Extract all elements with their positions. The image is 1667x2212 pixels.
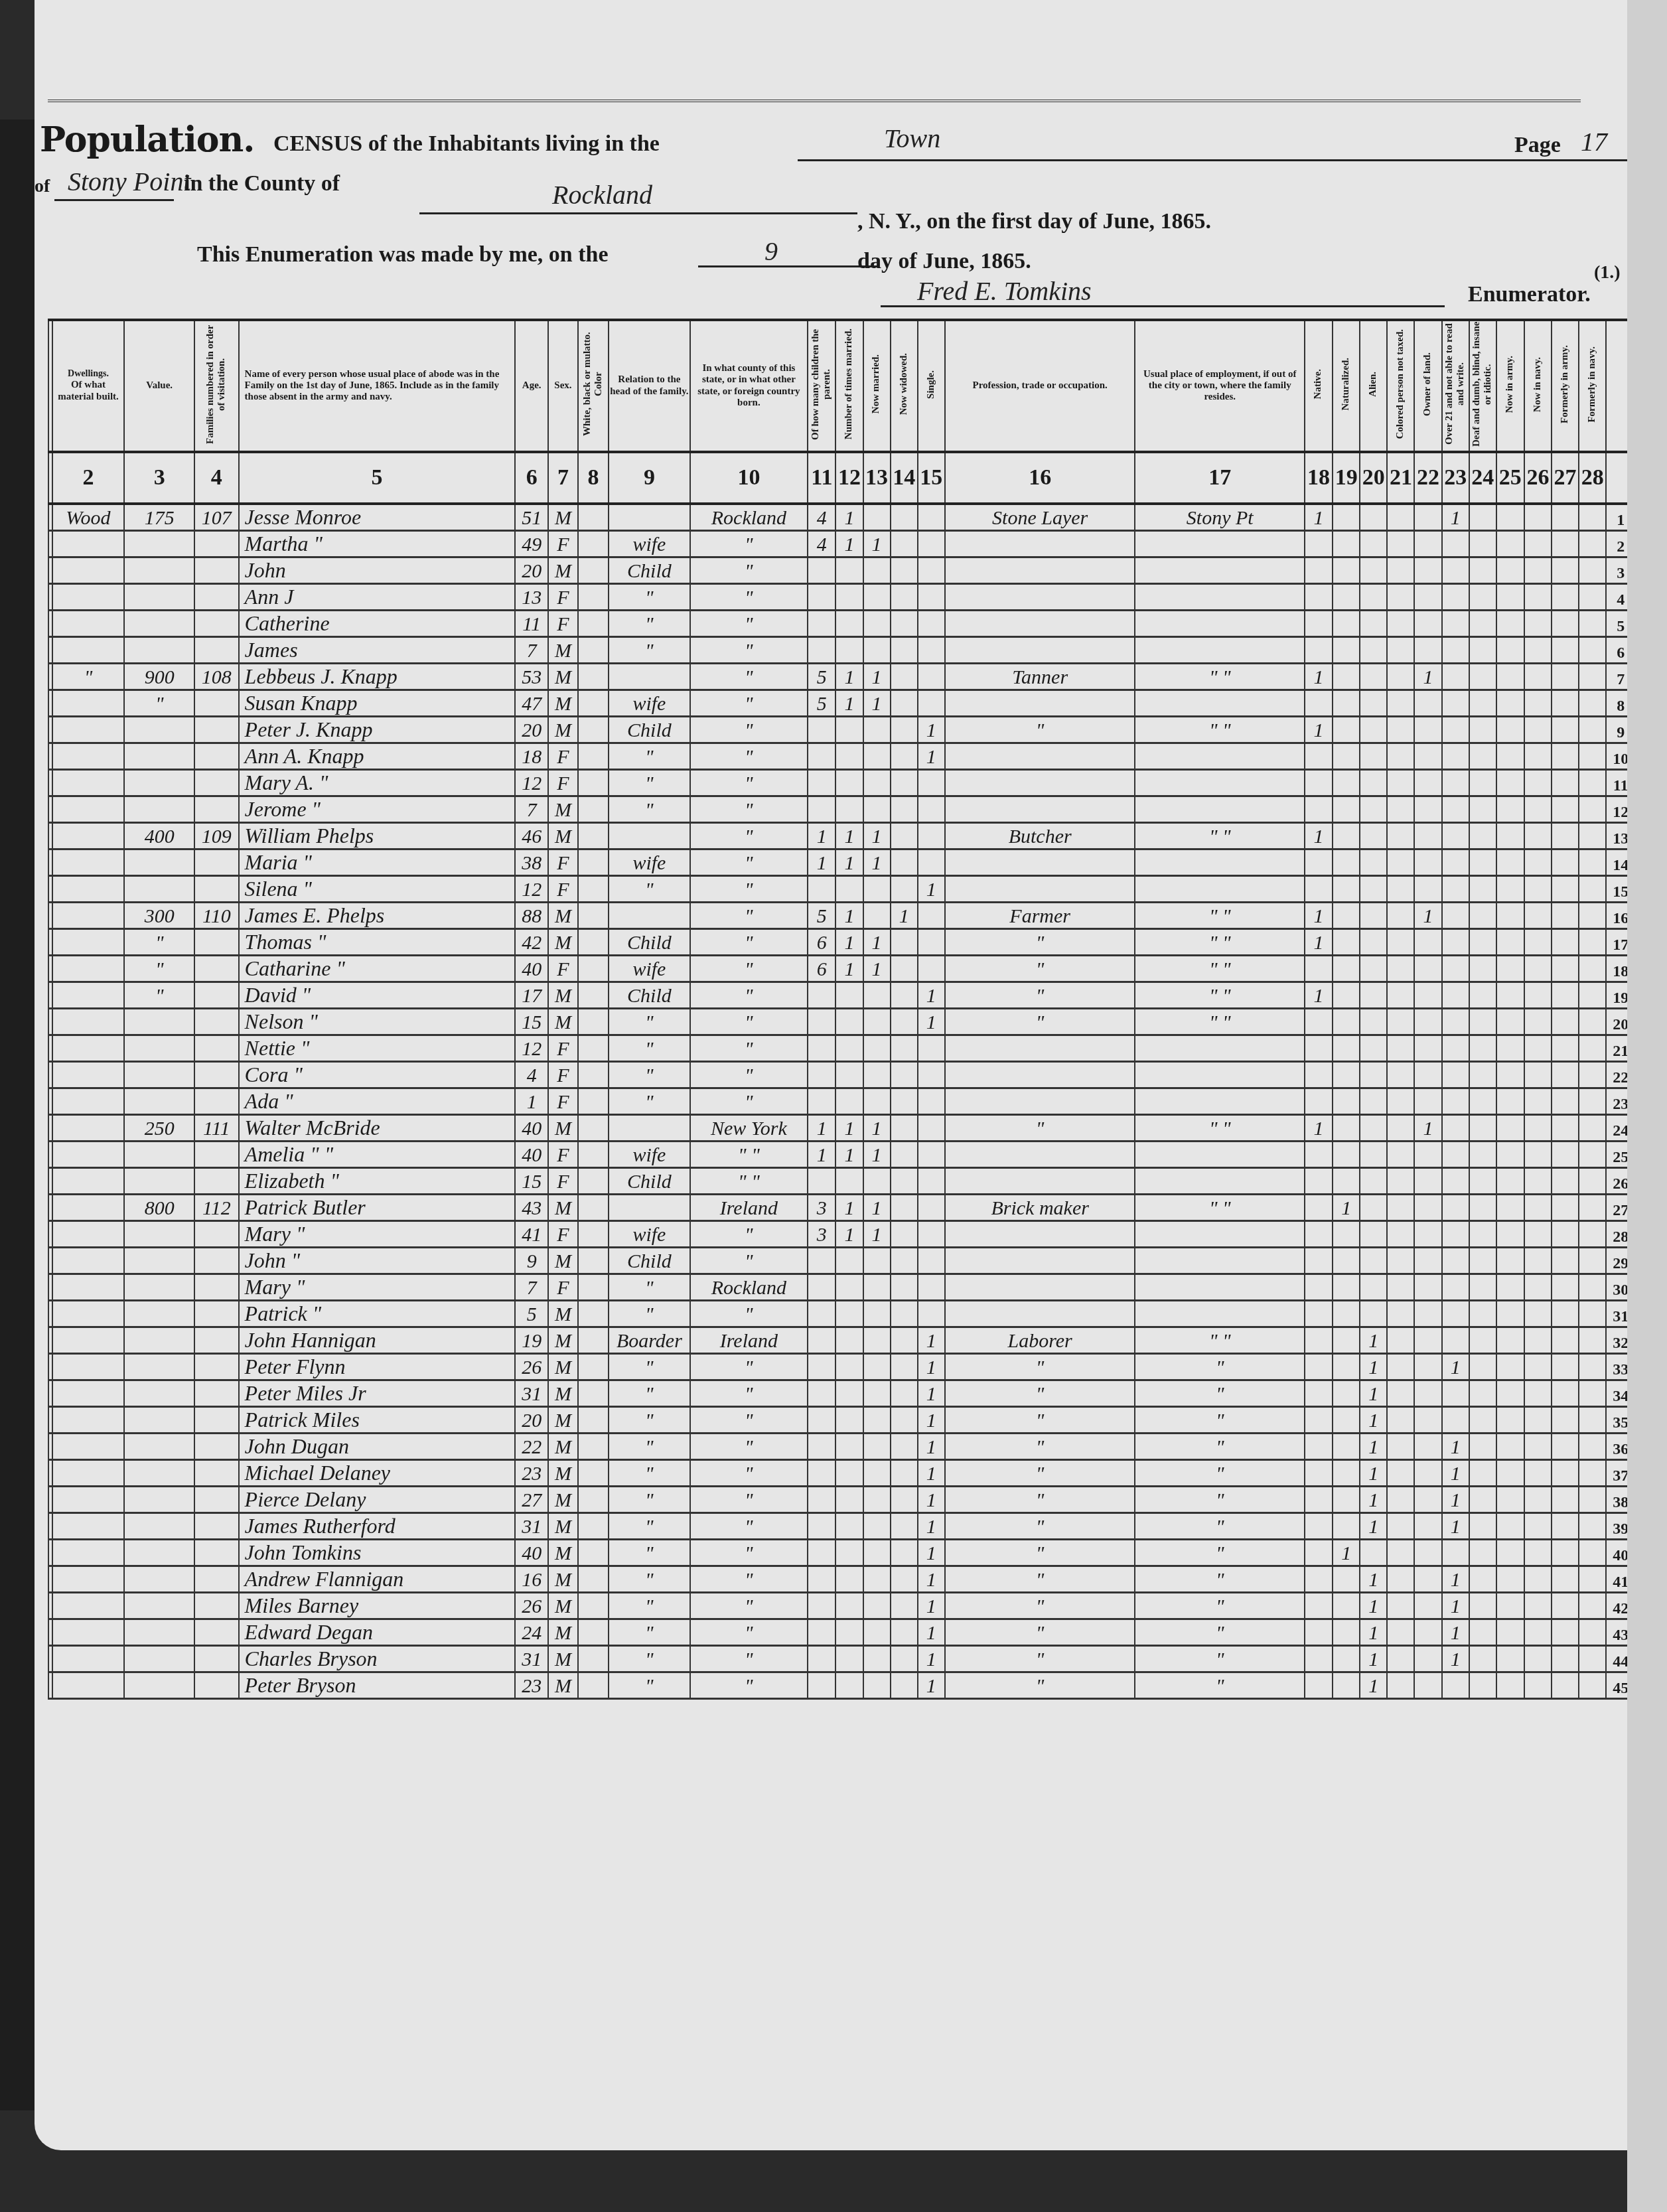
cell-age: 41 bbox=[515, 1221, 548, 1248]
cell-navy bbox=[1524, 823, 1552, 849]
cell-relation: wife bbox=[609, 849, 689, 876]
cell-native: 1 bbox=[1305, 823, 1333, 849]
cell-value bbox=[124, 1619, 194, 1646]
cell-single: 1 bbox=[918, 1540, 945, 1566]
cell-native: 1 bbox=[1305, 903, 1333, 929]
hdr-c9: Relation to the head of the family. bbox=[609, 320, 689, 452]
cell-native bbox=[1305, 1672, 1333, 1699]
cell-naturalized bbox=[1333, 1566, 1360, 1593]
cell-sex: F bbox=[548, 1035, 577, 1062]
cell-illiterate bbox=[1442, 1540, 1469, 1566]
cell-now-married: 1 bbox=[863, 849, 891, 876]
cell-illiterate bbox=[1442, 1221, 1469, 1248]
hdr-c19: Naturalized. bbox=[1333, 320, 1360, 452]
cell-now-married: 1 bbox=[863, 1221, 891, 1248]
cell-native bbox=[1305, 876, 1333, 903]
cell-value bbox=[124, 1009, 194, 1035]
cell-owner bbox=[1414, 531, 1441, 557]
cell-occupation: " bbox=[945, 1460, 1135, 1487]
cell-alien bbox=[1360, 1009, 1387, 1035]
cell-army bbox=[1496, 1142, 1524, 1168]
cell-times-married bbox=[835, 1248, 863, 1274]
cell-occupation: " bbox=[945, 1354, 1135, 1380]
cell-times-married bbox=[835, 1460, 863, 1487]
cell-navy bbox=[1524, 1672, 1552, 1699]
cell-colored bbox=[1387, 1593, 1414, 1619]
cell-now-married bbox=[863, 876, 891, 903]
table-row: "Catharine "40Fwife"611"" "18 bbox=[48, 956, 1636, 982]
table-row: Martha "49Fwife"4112 bbox=[48, 531, 1636, 557]
cell-colored bbox=[1387, 1115, 1414, 1142]
cell-now-married bbox=[863, 1009, 891, 1035]
table-row: Peter J. Knapp20MChild"1"" "19 bbox=[48, 717, 1636, 743]
cell-widowed bbox=[891, 1062, 918, 1088]
cell-family bbox=[194, 1513, 239, 1540]
cell-illiterate bbox=[1442, 1088, 1469, 1115]
cell-colored bbox=[1387, 557, 1414, 584]
cell-navy bbox=[1524, 1460, 1552, 1487]
cell-colored bbox=[1387, 1168, 1414, 1195]
cell-color bbox=[578, 1434, 609, 1460]
cell-naturalized bbox=[1333, 1142, 1360, 1168]
cell-colored bbox=[1387, 531, 1414, 557]
cell-naturalized bbox=[1333, 1460, 1360, 1487]
cell-widowed bbox=[891, 531, 918, 557]
colnum: 12 bbox=[835, 452, 863, 504]
cell-former-army bbox=[1552, 1487, 1579, 1513]
cell-former-navy bbox=[1579, 1009, 1606, 1035]
cell-alien bbox=[1360, 956, 1387, 982]
colnum: 9 bbox=[609, 452, 689, 504]
cell-color bbox=[578, 1221, 609, 1248]
cell-now-married bbox=[863, 1593, 891, 1619]
cell-occupation bbox=[945, 1062, 1135, 1088]
cell-name: John bbox=[239, 557, 516, 584]
cell-former-navy bbox=[1579, 956, 1606, 982]
cell-relation bbox=[609, 664, 689, 690]
cell-owner bbox=[1414, 557, 1441, 584]
cell-age: 46 bbox=[515, 823, 548, 849]
cell-occupation: " bbox=[945, 1593, 1135, 1619]
cell-material bbox=[52, 1009, 125, 1035]
cell-alien bbox=[1360, 849, 1387, 876]
cell-single bbox=[918, 504, 945, 531]
cell-relation: " bbox=[609, 743, 689, 770]
cell-children: 4 bbox=[808, 504, 835, 531]
cell-disabled bbox=[1469, 1460, 1496, 1487]
cell-born: " bbox=[690, 1221, 808, 1248]
hdr-c13: Now married. bbox=[863, 320, 891, 452]
cell-disabled bbox=[1469, 1646, 1496, 1672]
cell-sex: F bbox=[548, 956, 577, 982]
cell-color bbox=[578, 796, 609, 823]
cell-colored bbox=[1387, 1646, 1414, 1672]
cell-army bbox=[1496, 1327, 1524, 1354]
cell-value bbox=[124, 1646, 194, 1672]
cell-army bbox=[1496, 1062, 1524, 1088]
table-row: Jerome "7M""12 bbox=[48, 796, 1636, 823]
cell-relation: " bbox=[609, 1035, 689, 1062]
hdr-c2: Dwellings.Of what material built. bbox=[52, 320, 125, 452]
cell-single bbox=[918, 1195, 945, 1221]
cell-times-married bbox=[835, 1354, 863, 1380]
cell-born: " bbox=[690, 1248, 808, 1274]
cell-employment: " " bbox=[1135, 1115, 1305, 1142]
cell-family bbox=[194, 1672, 239, 1699]
cell-name: David " bbox=[239, 982, 516, 1009]
cell-alien bbox=[1360, 1035, 1387, 1062]
cell-sex: F bbox=[548, 1274, 577, 1301]
cell-color bbox=[578, 1593, 609, 1619]
cell-illiterate: 1 bbox=[1442, 1593, 1469, 1619]
cell-age: 40 bbox=[515, 1142, 548, 1168]
cell-material bbox=[52, 1407, 125, 1434]
cell-occupation: Butcher bbox=[945, 823, 1135, 849]
cell-color bbox=[578, 1168, 609, 1195]
cell-name: Thomas " bbox=[239, 929, 516, 956]
cell-army bbox=[1496, 1434, 1524, 1460]
colnum: 19 bbox=[1333, 452, 1360, 504]
cell-colored bbox=[1387, 1460, 1414, 1487]
cell-material bbox=[52, 1274, 125, 1301]
cell-now-married: 1 bbox=[863, 1115, 891, 1142]
cell-former-army bbox=[1552, 557, 1579, 584]
cell-navy bbox=[1524, 1566, 1552, 1593]
cell-relation: " bbox=[609, 1434, 689, 1460]
cell-employment: " " bbox=[1135, 664, 1305, 690]
cell-navy bbox=[1524, 690, 1552, 717]
cell-widowed bbox=[891, 1248, 918, 1274]
cell-times-married: 1 bbox=[835, 504, 863, 531]
cell-occupation bbox=[945, 770, 1135, 796]
cell-times-married bbox=[835, 1513, 863, 1540]
cell-naturalized bbox=[1333, 1248, 1360, 1274]
cell-age: 20 bbox=[515, 1407, 548, 1434]
cell-family bbox=[194, 956, 239, 982]
cell-color bbox=[578, 956, 609, 982]
cell-single: 1 bbox=[918, 1513, 945, 1540]
colnum: 27 bbox=[1552, 452, 1579, 504]
colnum: 28 bbox=[1579, 452, 1606, 504]
cell-native: 1 bbox=[1305, 982, 1333, 1009]
cell-army bbox=[1496, 531, 1524, 557]
cell-value bbox=[124, 1380, 194, 1407]
cell-army bbox=[1496, 1513, 1524, 1540]
cell-age: 9 bbox=[515, 1248, 548, 1274]
cell-native bbox=[1305, 1434, 1333, 1460]
cell-former-army bbox=[1552, 717, 1579, 743]
cell-relation: " bbox=[609, 1009, 689, 1035]
cell-colored bbox=[1387, 823, 1414, 849]
table-row: Cora "4F""22 bbox=[48, 1062, 1636, 1088]
cell-colored bbox=[1387, 1540, 1414, 1566]
cell-native bbox=[1305, 637, 1333, 664]
cell-widowed bbox=[891, 557, 918, 584]
cell-army bbox=[1496, 584, 1524, 611]
cell-born: " bbox=[690, 876, 808, 903]
cell-value: " bbox=[124, 956, 194, 982]
cell-value bbox=[124, 611, 194, 637]
cell-owner: 1 bbox=[1414, 664, 1441, 690]
cell-alien bbox=[1360, 743, 1387, 770]
cell-age: 5 bbox=[515, 1301, 548, 1327]
table-row: Ada "1F""23 bbox=[48, 1088, 1636, 1115]
cell-widowed bbox=[891, 1646, 918, 1672]
cell-naturalized bbox=[1333, 743, 1360, 770]
cell-name: Ada " bbox=[239, 1088, 516, 1115]
cell-family bbox=[194, 982, 239, 1009]
cell-widowed bbox=[891, 1221, 918, 1248]
cell-now-married bbox=[863, 584, 891, 611]
cell-name: John Tomkins bbox=[239, 1540, 516, 1566]
cell-former-navy bbox=[1579, 1434, 1606, 1460]
cell-times-married bbox=[835, 1434, 863, 1460]
cell-alien bbox=[1360, 1301, 1387, 1327]
cell-value bbox=[124, 1035, 194, 1062]
cell-now-married: 1 bbox=[863, 690, 891, 717]
cell-children bbox=[808, 584, 835, 611]
cell-naturalized bbox=[1333, 1407, 1360, 1434]
cell-naturalized bbox=[1333, 770, 1360, 796]
cell-army bbox=[1496, 1274, 1524, 1301]
cell-native bbox=[1305, 1646, 1333, 1672]
cell-sex: M bbox=[548, 1248, 577, 1274]
cell-alien: 1 bbox=[1360, 1380, 1387, 1407]
cell-name: Andrew Flannigan bbox=[239, 1566, 516, 1593]
cell-times-married: 1 bbox=[835, 929, 863, 956]
cell-native bbox=[1305, 584, 1333, 611]
state-date-line: , N. Y., on the first day of June, 1865. bbox=[857, 209, 1211, 234]
cell-illiterate bbox=[1442, 1009, 1469, 1035]
cell-owner bbox=[1414, 1380, 1441, 1407]
cell-value: 300 bbox=[124, 903, 194, 929]
cell-single: 1 bbox=[918, 1487, 945, 1513]
cell-army bbox=[1496, 557, 1524, 584]
cell-occupation bbox=[945, 1035, 1135, 1062]
cell-sex: M bbox=[548, 823, 577, 849]
cell-age: 47 bbox=[515, 690, 548, 717]
cell-former-army bbox=[1552, 1513, 1579, 1540]
cell-value: " bbox=[124, 690, 194, 717]
cell-relation: " bbox=[609, 1487, 689, 1513]
cell-disabled bbox=[1469, 690, 1496, 717]
cell-value bbox=[124, 584, 194, 611]
cell-disabled bbox=[1469, 796, 1496, 823]
cell-now-married: 1 bbox=[863, 956, 891, 982]
cell-children: 1 bbox=[808, 849, 835, 876]
cell-employment: " bbox=[1135, 1487, 1305, 1513]
cell-born: " bbox=[690, 796, 808, 823]
cell-owner bbox=[1414, 1062, 1441, 1088]
cell-navy bbox=[1524, 717, 1552, 743]
cell-colored bbox=[1387, 903, 1414, 929]
cell-alien: 1 bbox=[1360, 1407, 1387, 1434]
cell-army bbox=[1496, 770, 1524, 796]
cell-alien bbox=[1360, 1221, 1387, 1248]
cell-owner: 1 bbox=[1414, 1115, 1441, 1142]
cell-native bbox=[1305, 1088, 1333, 1115]
cell-name: Mary " bbox=[239, 1274, 516, 1301]
table-row: Catherine11F""5 bbox=[48, 611, 1636, 637]
cell-single bbox=[918, 903, 945, 929]
cell-age: 19 bbox=[515, 1327, 548, 1354]
cell-color bbox=[578, 1088, 609, 1115]
cell-disabled bbox=[1469, 637, 1496, 664]
cell-widowed bbox=[891, 1035, 918, 1062]
cell-born: " bbox=[690, 557, 808, 584]
table-row: Ann A. Knapp18F""110 bbox=[48, 743, 1636, 770]
cell-former-navy bbox=[1579, 1566, 1606, 1593]
cell-army bbox=[1496, 1248, 1524, 1274]
cell-former-army bbox=[1552, 1115, 1579, 1142]
cell-former-navy bbox=[1579, 903, 1606, 929]
cell-born: " bbox=[690, 1672, 808, 1699]
hdr-c15: Single. bbox=[918, 320, 945, 452]
cell-naturalized bbox=[1333, 611, 1360, 637]
cell-color bbox=[578, 1566, 609, 1593]
cell-native bbox=[1305, 611, 1333, 637]
cell-army bbox=[1496, 1593, 1524, 1619]
cell-former-army bbox=[1552, 929, 1579, 956]
cell-age: 23 bbox=[515, 1672, 548, 1699]
cell-material bbox=[52, 849, 125, 876]
cell-single: 1 bbox=[918, 1593, 945, 1619]
cell-born: " bbox=[690, 1380, 808, 1407]
cell-times-married bbox=[835, 1672, 863, 1699]
cell-owner bbox=[1414, 1221, 1441, 1248]
cell-born: Ireland bbox=[690, 1195, 808, 1221]
cell-relation: Child bbox=[609, 929, 689, 956]
cell-disabled bbox=[1469, 1487, 1496, 1513]
cell-born: " bbox=[690, 1407, 808, 1434]
cell-color bbox=[578, 1540, 609, 1566]
cell-relation: " bbox=[609, 1646, 689, 1672]
cell-times-married bbox=[835, 1168, 863, 1195]
cell-relation: " bbox=[609, 1407, 689, 1434]
cell-occupation: Tanner bbox=[945, 664, 1135, 690]
cell-widowed bbox=[891, 1274, 918, 1301]
cell-occupation: " bbox=[945, 956, 1135, 982]
cell-age: 53 bbox=[515, 664, 548, 690]
cell-owner bbox=[1414, 717, 1441, 743]
cell-age: 12 bbox=[515, 1035, 548, 1062]
cell-relation: " bbox=[609, 1619, 689, 1646]
cell-native bbox=[1305, 1221, 1333, 1248]
cell-material: " bbox=[52, 664, 125, 690]
cell-value bbox=[124, 717, 194, 743]
cell-times-married bbox=[835, 557, 863, 584]
colnum: 5 bbox=[239, 452, 516, 504]
cell-relation: " bbox=[609, 1672, 689, 1699]
page-label: Page bbox=[1514, 133, 1561, 158]
cell-navy bbox=[1524, 929, 1552, 956]
cell-born: " bbox=[690, 823, 808, 849]
cell-former-navy bbox=[1579, 557, 1606, 584]
cell-disabled bbox=[1469, 1593, 1496, 1619]
colnum: 18 bbox=[1305, 452, 1333, 504]
cell-sex: M bbox=[548, 982, 577, 1009]
enum-day-value: 9 bbox=[764, 236, 778, 267]
cell-children bbox=[808, 1062, 835, 1088]
cell-alien bbox=[1360, 770, 1387, 796]
cell-disabled bbox=[1469, 1354, 1496, 1380]
cell-family bbox=[194, 743, 239, 770]
cell-age: 16 bbox=[515, 1566, 548, 1593]
cell-times-married bbox=[835, 982, 863, 1009]
cell-material bbox=[52, 1434, 125, 1460]
cell-occupation: Brick maker bbox=[945, 1195, 1135, 1221]
cell-occupation bbox=[945, 1301, 1135, 1327]
cell-sex: M bbox=[548, 1327, 577, 1354]
cell-children bbox=[808, 611, 835, 637]
cell-times-married bbox=[835, 1593, 863, 1619]
cell-former-navy bbox=[1579, 1646, 1606, 1672]
cell-occupation: " bbox=[945, 1566, 1135, 1593]
cell-former-navy bbox=[1579, 770, 1606, 796]
cell-former-navy bbox=[1579, 611, 1606, 637]
cell-former-army bbox=[1552, 1434, 1579, 1460]
cell-navy bbox=[1524, 770, 1552, 796]
hdr-c7: Sex. bbox=[548, 320, 577, 452]
page-title: Population. bbox=[40, 119, 254, 160]
cell-employment bbox=[1135, 796, 1305, 823]
cell-former-navy bbox=[1579, 1142, 1606, 1168]
cell-former-army bbox=[1552, 1327, 1579, 1354]
cell-naturalized bbox=[1333, 1434, 1360, 1460]
cell-single bbox=[918, 531, 945, 557]
cell-value bbox=[124, 1540, 194, 1566]
cell-former-army bbox=[1552, 664, 1579, 690]
cell-name: Ann J bbox=[239, 584, 516, 611]
cell-age: 13 bbox=[515, 584, 548, 611]
cell-disabled bbox=[1469, 849, 1496, 876]
cell-widowed bbox=[891, 1593, 918, 1619]
cell-alien: 1 bbox=[1360, 1619, 1387, 1646]
cell-former-navy bbox=[1579, 1195, 1606, 1221]
cell-sex: F bbox=[548, 1168, 577, 1195]
cell-colored bbox=[1387, 664, 1414, 690]
cell-born: " bbox=[690, 1301, 808, 1327]
cell-widowed: 1 bbox=[891, 903, 918, 929]
cell-native bbox=[1305, 1301, 1333, 1327]
cell-relation: " bbox=[609, 611, 689, 637]
cell-born: " bbox=[690, 1646, 808, 1672]
cell-now-married: 1 bbox=[863, 1142, 891, 1168]
cell-former-navy bbox=[1579, 1088, 1606, 1115]
cell-former-army bbox=[1552, 1009, 1579, 1035]
cell-employment: " " bbox=[1135, 929, 1305, 956]
cell-now-married bbox=[863, 1460, 891, 1487]
cell-former-army bbox=[1552, 1460, 1579, 1487]
cell-disabled bbox=[1469, 611, 1496, 637]
cell-colored bbox=[1387, 504, 1414, 531]
cell-value bbox=[124, 796, 194, 823]
cell-children bbox=[808, 1354, 835, 1380]
table-row: Peter Miles Jr31M""1""134 bbox=[48, 1380, 1636, 1407]
cell-alien bbox=[1360, 1168, 1387, 1195]
cell-illiterate bbox=[1442, 1035, 1469, 1062]
cell-navy bbox=[1524, 1540, 1552, 1566]
cell-children bbox=[808, 1619, 835, 1646]
cell-name: William Phelps bbox=[239, 823, 516, 849]
cell-alien bbox=[1360, 1142, 1387, 1168]
cell-owner bbox=[1414, 611, 1441, 637]
cell-single: 1 bbox=[918, 876, 945, 903]
cell-sex: M bbox=[548, 557, 577, 584]
cell-occupation: " bbox=[945, 982, 1135, 1009]
cell-former-army bbox=[1552, 1248, 1579, 1274]
cell-sex: M bbox=[548, 1646, 577, 1672]
